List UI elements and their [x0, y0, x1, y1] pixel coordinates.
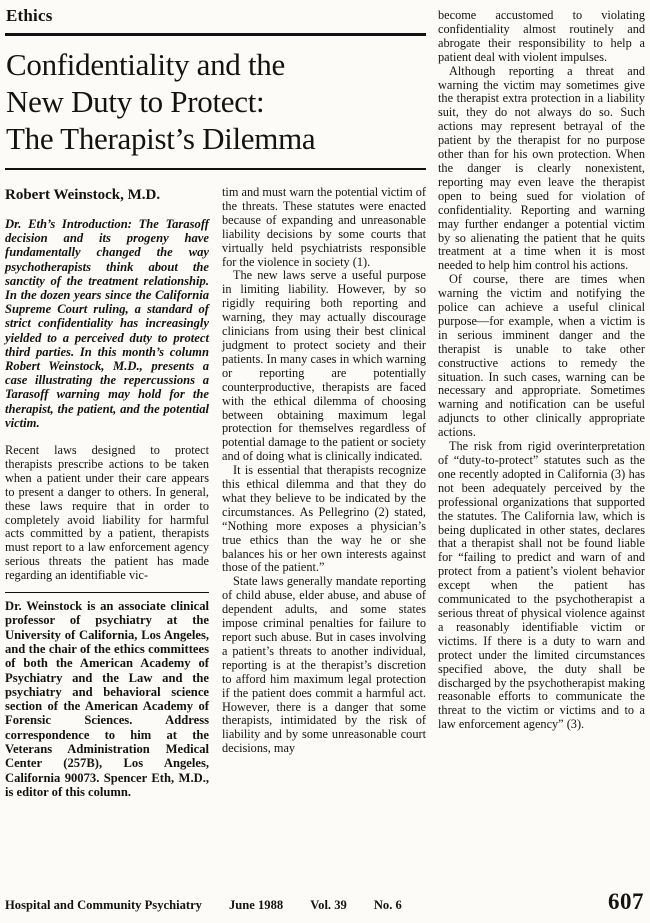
body-paragraph: tim and must warn the potential victim o… — [222, 186, 426, 269]
author-byline: Robert Weinstock, M.D. — [5, 186, 209, 205]
bio-divider — [5, 592, 209, 593]
body-paragraph: It is essential that therapists recogniz… — [222, 464, 426, 575]
body-paragraph: become accustomed to violating confident… — [438, 9, 645, 65]
body-paragraph: The risk from rigid overinterpretation o… — [438, 440, 645, 732]
article-columns: Robert Weinstock, M.D. Dr. Eth’s Introdu… — [5, 186, 426, 799]
body-paragraph: Although reporting a threat and warning … — [438, 65, 645, 274]
editor-introduction: Dr. Eth’s Introduction: The Tarasoff dec… — [5, 217, 209, 430]
article-title: Confidentiality and the New Duty to Prot… — [5, 46, 426, 157]
title-line-3: The Therapist’s Dilemma — [6, 121, 315, 156]
page-footer: Hospital and Community Psychiatry June 1… — [0, 881, 650, 923]
title-line-2: New Duty to Protect: — [6, 84, 264, 119]
title-line-1: Confidentiality and the — [6, 47, 285, 82]
column-middle: tim and must warn the potential victim o… — [222, 186, 426, 799]
journal-name: Hospital and Community Psychiatry — [5, 898, 202, 913]
title-rule — [5, 168, 426, 170]
page-content: Ethics Confidentiality and the New Duty … — [0, 0, 650, 799]
body-paragraph: Of course, there are times when warning … — [438, 273, 645, 440]
page-number: 607 — [608, 889, 644, 915]
lead-paragraph: Recent laws designed to protect therapis… — [5, 444, 209, 583]
article-main-area: Ethics Confidentiality and the New Duty … — [5, 6, 426, 799]
author-bio: Dr. Weinstock is an associate clinical p… — [5, 599, 209, 799]
column-right: become accustomed to violating confident… — [438, 6, 645, 799]
kicker-rule — [5, 33, 426, 36]
column-left: Robert Weinstock, M.D. Dr. Eth’s Introdu… — [5, 186, 209, 799]
issue-number: No. 6 — [374, 898, 402, 913]
volume-label: Vol. 39 — [310, 898, 347, 913]
footer-journal-info: Hospital and Community Psychiatry June 1… — [5, 898, 402, 913]
body-paragraph: State laws generally mandate reporting o… — [222, 575, 426, 756]
journal-article-page: Ethics Confidentiality and the New Duty … — [0, 0, 650, 923]
issue-date: June 1988 — [229, 898, 283, 913]
body-paragraph: The new laws serve a useful purpose in l… — [222, 269, 426, 464]
section-kicker: Ethics — [5, 6, 426, 26]
